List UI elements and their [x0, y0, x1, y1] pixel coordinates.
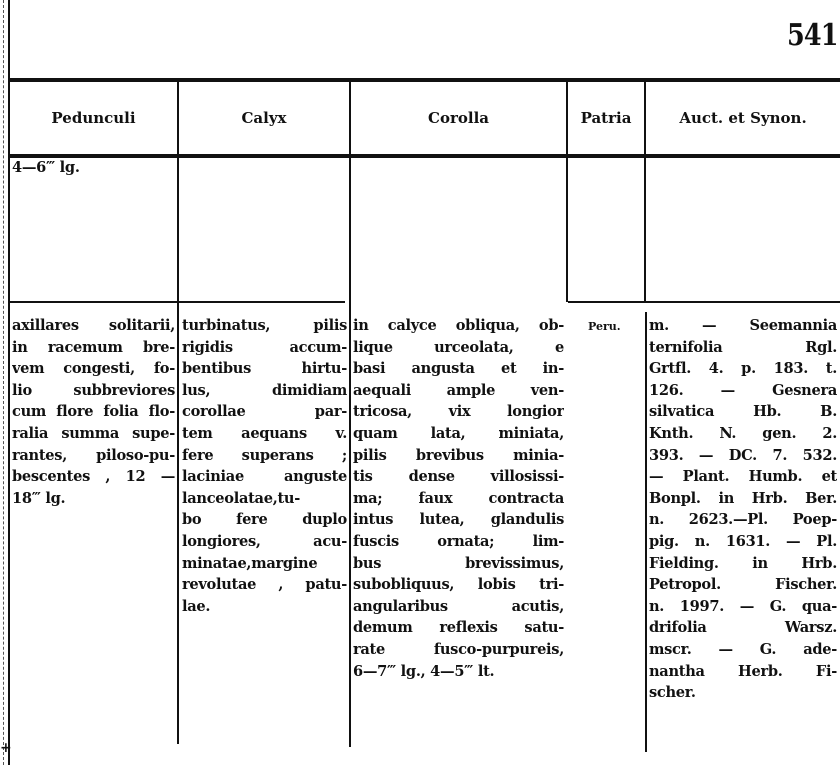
text-line: bentibus hirtu-: [182, 358, 347, 380]
text-line: vem congesti, fo-: [12, 358, 175, 380]
text-line: corollae par-: [182, 401, 347, 423]
text-line: 6—7‴ lg., 4—5‴ lt.: [353, 661, 564, 683]
col-divider-pedunculi-calyx: [177, 82, 179, 744]
text-line: aequali ample ven-: [353, 380, 564, 402]
text-line: drifolia Warsz.: [649, 617, 837, 639]
text-line: in racemum bre-: [12, 337, 175, 359]
text-line: m. — Seemannia: [649, 315, 837, 337]
text-line: Fielding. in Hrb.: [649, 553, 837, 575]
row2-patria: Peru.: [588, 320, 621, 333]
text-line: intus lutea, glandulis: [353, 509, 564, 531]
text-line: tis dense villosissi-: [353, 466, 564, 488]
text-line: rigidis accum-: [182, 337, 347, 359]
text-line: angularibus acutis,: [353, 596, 564, 618]
text-line: mscr. — G. ade-: [649, 639, 837, 661]
text-line: Petropol. Fischer.: [649, 574, 837, 596]
text-line: fere superans ;: [182, 445, 347, 467]
text-line: Bonpl. in Hrb. Ber.: [649, 488, 837, 510]
text-line: silvatica Hb. B.: [649, 401, 837, 423]
header-auct-synon: Auct. et Synon.: [646, 82, 840, 154]
text-line: axillares solitarii,: [12, 315, 175, 337]
row1-pedunculi: 4—6‴ lg.: [12, 157, 80, 179]
page-number: 541: [787, 18, 838, 53]
row2-corolla: in calyce obliqua, ob-lique urceolata, e…: [353, 315, 564, 682]
text-line: bescentes , 12 —: [12, 466, 175, 488]
text-line: n. 2623.—Pl. Poep-: [649, 509, 837, 531]
text-line: 393. — DC. 7. 532.: [649, 445, 837, 467]
row-divider-right: [568, 301, 840, 303]
text-line: lio subbreviores: [12, 380, 175, 402]
text-line: laciniae anguste: [182, 466, 347, 488]
text-line: nantha Herb. Fi-: [649, 661, 837, 683]
text-line: bus brevissimus,: [353, 553, 564, 575]
row2-auct-synon: m. — Seemanniaternifolia Rgl.Grtfl. 4. p…: [649, 315, 837, 704]
text-line: pig. n. 1631. — Pl.: [649, 531, 837, 553]
text-line: in calyce obliqua, ob-: [353, 315, 564, 337]
header-calyx: Calyx: [179, 82, 349, 154]
text-line: minatae,margine: [182, 553, 347, 575]
text-line: bo fere duplo: [182, 509, 347, 531]
text-line: rantes, piloso-pu-: [12, 445, 175, 467]
text-line: tricosa, vix longior: [353, 401, 564, 423]
text-line: demum reflexis satu-: [353, 617, 564, 639]
text-line: basi angusta et in-: [353, 358, 564, 380]
text-line: revolutae , patu-: [182, 574, 347, 596]
col-divider-patria-auct-lower: [645, 312, 647, 752]
row2-pedunculi: axillares solitarii,in racemum bre-vem c…: [12, 315, 175, 509]
text-line: ternifolia Rgl.: [649, 337, 837, 359]
text-line: Grtfl. 4. p. 183. t.: [649, 358, 837, 380]
header-corolla: Corolla: [351, 82, 566, 154]
header-patria: Patria: [568, 82, 644, 154]
header-bottom-rule: [10, 154, 840, 158]
text-line: rate fusco-purpureis,: [353, 639, 564, 661]
text-line: — Plant. Humb. et: [649, 466, 837, 488]
text-line: longiores, acu-: [182, 531, 347, 553]
text-line: ralia summa supe-: [12, 423, 175, 445]
text-line: n. 1997. — G. qua-: [649, 596, 837, 618]
text-line: pilis brevibus minia-: [353, 445, 564, 467]
col-divider-calyx-corolla: [349, 82, 351, 747]
text-line: scher.: [649, 682, 837, 704]
text-line: fuscis ornata; lim-: [353, 531, 564, 553]
text-line: lae.: [182, 596, 347, 618]
text-line: lanceolatae,tu-: [182, 488, 347, 510]
text-line: 126. — Gesnera: [649, 380, 837, 402]
text-line: Knth. N. gen. 2.: [649, 423, 837, 445]
text-line: turbinatus, pilis: [182, 315, 347, 337]
header-pedunculi: Pedunculi: [10, 82, 177, 154]
margin-mark-bottom: +: [0, 740, 12, 756]
text-line: cum flore folia flo-: [12, 401, 175, 423]
text-line: 18‴ lg.: [12, 488, 175, 510]
row2-calyx: turbinatus, pilisrigidis accum-bentibus …: [182, 315, 347, 617]
text-line: lique urceolata, e: [353, 337, 564, 359]
left-margin-dashed-edge: [3, 0, 4, 765]
text-line: ma; faux contracta: [353, 488, 564, 510]
text-line: subobliquus, lobis tri-: [353, 574, 564, 596]
text-line: quam lata, miniata,: [353, 423, 564, 445]
text-line: tem aequans v.: [182, 423, 347, 445]
text-line: lus, dimidiam: [182, 380, 347, 402]
